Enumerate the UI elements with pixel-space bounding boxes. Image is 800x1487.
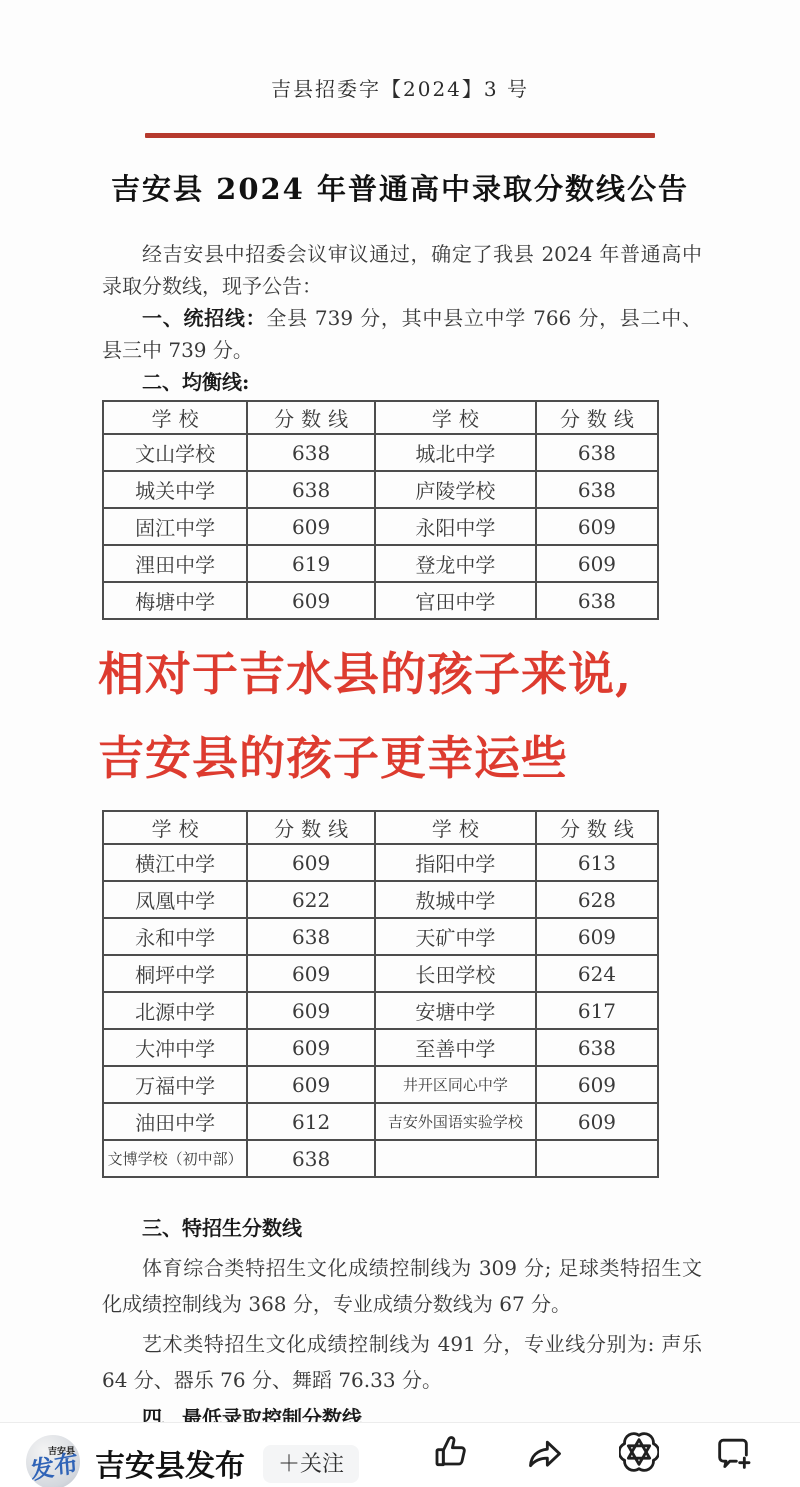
red-overlay-caption-line-2: 吉安县的孩子更幸运些 — [98, 720, 800, 796]
table-cell: 628 — [536, 881, 658, 918]
app-screen: 吉县招委字【2024】3 号 吉安县 2024 年普通高中录取分数线公告 经吉安… — [0, 0, 800, 1487]
table-cell: 609 — [247, 582, 375, 619]
bottom-action-bar: 吉安县 发布 吉安县发布 ＋关注 — [0, 1422, 800, 1487]
table-row: 梅塘中学609官田中学638 — [103, 582, 658, 619]
table-cell: 617 — [536, 992, 658, 1029]
action-icons-group — [430, 1431, 774, 1473]
table-cell: 庐陵学校 — [375, 471, 536, 508]
account-name[interactable]: 吉安县发布 — [95, 1441, 245, 1485]
table-cell: 永阳中学 — [375, 508, 536, 545]
table-cell: 至善中学 — [375, 1029, 536, 1066]
red-divider-rule — [145, 133, 655, 138]
table-cell: 万福中学 — [103, 1066, 247, 1103]
table-cell: 浬田中学 — [103, 545, 247, 582]
table-cell: 北源中学 — [103, 992, 247, 1029]
table-cell: 609 — [536, 508, 658, 545]
account-avatar[interactable]: 吉安县 发布 — [26, 1435, 80, 1487]
table-cell: 609 — [247, 508, 375, 545]
table-row: 城关中学638庐陵学校638 — [103, 471, 658, 508]
table-cell: 638 — [247, 918, 375, 955]
table-cell: 609 — [247, 1066, 375, 1103]
section-2-label: 二、均衡线: — [102, 366, 702, 398]
table-cell: 梅塘中学 — [103, 582, 247, 619]
table-cell: 638 — [536, 1029, 658, 1066]
section-3-label: 三、特招生分数线 — [102, 1212, 702, 1244]
table-row: 固江中学609永阳中学609 — [103, 508, 658, 545]
table-row: 北源中学609安塘中学617 — [103, 992, 658, 1029]
column-header: 学校 — [375, 401, 536, 434]
table-cell: 638 — [536, 471, 658, 508]
intro-paragraph: 经吉安县中招委会议审议通过，确定了我县 2024 年普通高中录取分数线，现予公告… — [102, 238, 702, 302]
comment-button[interactable] — [712, 1431, 754, 1473]
avatar-calligraphy-text: 发布 — [29, 1443, 79, 1486]
like-button[interactable] — [430, 1431, 472, 1473]
section-1-label: 一、统招线： — [142, 306, 266, 330]
table-row: 文博学校（初中部）638 — [103, 1140, 658, 1177]
table-cell: 609 — [536, 1103, 658, 1140]
table-cell: 井开区同心中学 — [375, 1066, 536, 1103]
favorite-button[interactable] — [618, 1431, 660, 1473]
share-icon — [525, 1432, 565, 1472]
table-cell: 638 — [247, 471, 375, 508]
table-row: 横江中学609指阳中学613 — [103, 844, 658, 881]
column-header: 学校 — [103, 811, 247, 844]
table-row: 浬田中学619登龙中学609 — [103, 545, 658, 582]
table-cell: 官田中学 — [375, 582, 536, 619]
score-table-balanced-line: 学校 分数线 学校 分数线 文山学校638城北中学638城关中学638庐陵学校6… — [102, 400, 659, 620]
table-row: 大冲中学609至善中学638 — [103, 1029, 658, 1066]
column-header: 分数线 — [536, 401, 658, 434]
table-cell: 城北中学 — [375, 434, 536, 471]
table-cell: 638 — [247, 434, 375, 471]
table-row: 永和中学638天矿中学609 — [103, 918, 658, 955]
like-icon — [431, 1432, 471, 1472]
column-header: 分数线 — [247, 401, 375, 434]
table-row: 凤凰中学622敖城中学628 — [103, 881, 658, 918]
table-cell: 横江中学 — [103, 844, 247, 881]
section-1-paragraph: 一、统招线：全县 739 分，其中县立中学 766 分，县二中、县三中 739 … — [102, 302, 702, 366]
table-cell: 凤凰中学 — [103, 881, 247, 918]
table-cell: 638 — [536, 582, 658, 619]
table-cell: 609 — [536, 1066, 658, 1103]
table-cell: 固江中学 — [103, 508, 247, 545]
table-cell: 文山学校 — [103, 434, 247, 471]
red-overlay-caption-line-1: 相对于吉水县的孩子来说, — [98, 636, 800, 712]
table-cell: 612 — [247, 1103, 375, 1140]
table-row: 油田中学612吉安外国语实验学校609 — [103, 1103, 658, 1140]
table-cell: 指阳中学 — [375, 844, 536, 881]
column-header: 分数线 — [536, 811, 658, 844]
document-number: 吉县招委字【2024】3 号 — [0, 76, 800, 102]
table-cell: 609 — [247, 955, 375, 992]
comment-icon — [713, 1432, 753, 1472]
table-row: 桐坪中学609长田学校624 — [103, 955, 658, 992]
table-cell: 609 — [536, 545, 658, 582]
share-button[interactable] — [524, 1431, 566, 1473]
table-cell: 619 — [247, 545, 375, 582]
table-cell: 敖城中学 — [375, 881, 536, 918]
table-cell: 622 — [247, 881, 375, 918]
table-cell: 安塘中学 — [375, 992, 536, 1029]
table-cell — [536, 1140, 658, 1177]
table-cell: 609 — [247, 992, 375, 1029]
table-cell: 大冲中学 — [103, 1029, 247, 1066]
table-cell: 油田中学 — [103, 1103, 247, 1140]
table-cell: 天矿中学 — [375, 918, 536, 955]
table-cell: 登龙中学 — [375, 545, 536, 582]
table-cell: 609 — [536, 918, 658, 955]
table-cell: 609 — [247, 1029, 375, 1066]
follow-button[interactable]: ＋关注 — [263, 1445, 359, 1483]
table-header-row: 学校 分数线 学校 分数线 — [103, 401, 658, 434]
section-3-paragraph-2: 艺术类特招生文化成绩控制线为 491 分，专业线分别为: 声乐 64 分、器乐 … — [102, 1326, 702, 1398]
table-cell: 长田学校 — [375, 955, 536, 992]
score-table-balanced-line-2: 学校 分数线 学校 分数线 横江中学609指阳中学613凤凰中学622敖城中学6… — [102, 810, 659, 1178]
column-header: 学校 — [103, 401, 247, 434]
table-cell: 城关中学 — [103, 471, 247, 508]
favorite-icon — [619, 1432, 659, 1472]
page-title: 吉安县 2024 年普通高中录取分数线公告 — [0, 168, 800, 210]
table-cell: 609 — [247, 844, 375, 881]
table-row: 文山学校638城北中学638 — [103, 434, 658, 471]
table-cell: 吉安外国语实验学校 — [375, 1103, 536, 1140]
table-cell: 桐坪中学 — [103, 955, 247, 992]
table-cell: 638 — [247, 1140, 375, 1177]
table-cell — [375, 1140, 536, 1177]
table-header-row: 学校 分数线 学校 分数线 — [103, 811, 658, 844]
table-cell: 文博学校（初中部） — [103, 1140, 247, 1177]
column-header: 分数线 — [247, 811, 375, 844]
table-cell: 永和中学 — [103, 918, 247, 955]
table-cell: 613 — [536, 844, 658, 881]
table-row: 万福中学609井开区同心中学609 — [103, 1066, 658, 1103]
table-cell: 638 — [536, 434, 658, 471]
table-cell: 624 — [536, 955, 658, 992]
document-page: 吉县招委字【2024】3 号 吉安县 2024 年普通高中录取分数线公告 经吉安… — [0, 0, 800, 1476]
column-header: 学校 — [375, 811, 536, 844]
section-3-paragraph-1: 体育综合类特招生文化成绩控制线为 309 分; 足球类特招生文化成绩控制线为 3… — [102, 1250, 702, 1322]
